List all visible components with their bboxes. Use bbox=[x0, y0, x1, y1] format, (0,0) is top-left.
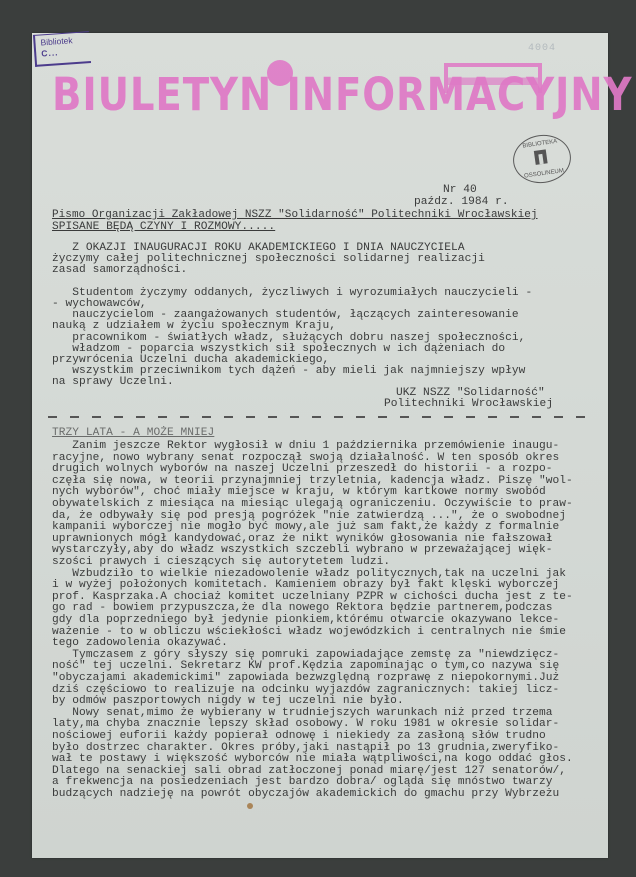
article-line: by odmów paszportowych nigdy w tej uczel… bbox=[52, 696, 404, 707]
article-line: gdy dla poprzedniego był jedynie pionkie… bbox=[52, 615, 559, 626]
greeting-line: zasad samorządności. bbox=[52, 265, 187, 276]
greeting-line: życzymy całej politechnicznej społecznoś… bbox=[52, 254, 485, 265]
section-divider bbox=[48, 416, 593, 418]
article-heading: TRZY LATA - A MOŻE MNIEJ bbox=[52, 428, 214, 439]
publisher-line: Pismo Organizacji Zakładowej NSZZ "Solid… bbox=[52, 210, 538, 221]
article-line: ność" tej uczelni. Sekretarz KW prof.Kęd… bbox=[52, 661, 559, 672]
article-line: obywatelskich z miesiąca na miesiąc uleg… bbox=[52, 499, 573, 510]
greeting-line: pracownikom - światłych władz, służących… bbox=[52, 333, 525, 344]
bulletin-title: BIULETYN INFORMACYJNY bbox=[52, 68, 499, 121]
article-line: uprawnionych mógł kandydować,oraz że nik… bbox=[52, 534, 553, 545]
article-line: nościowej euforii każdy popierał odnowę … bbox=[52, 731, 546, 742]
article-line: szości prawych i cieszących się autoryte… bbox=[52, 557, 390, 568]
greeting-line: władzom - poparcia wszystkich sił społec… bbox=[52, 344, 505, 355]
greeting-line: nauką z udziałem w życiu społecznym Kraj… bbox=[52, 321, 336, 332]
greeting-line: przywrócenia Uczelni ducha akademickiego… bbox=[52, 355, 329, 366]
greeting-line: Studentom życzymy oddanych, życzliwych i… bbox=[52, 288, 532, 299]
article-line: wał te postawy i większość wyborców nie … bbox=[52, 754, 573, 765]
article-line: da, że odbywały się pod presją pogróżek … bbox=[52, 511, 566, 522]
article-line: kampanii wyborczej nie mogło być mowy,al… bbox=[52, 522, 559, 533]
article-line: dziś częściowo to realizuje na odcinku w… bbox=[52, 685, 559, 696]
greeting-line: wszystkim przeciwnikom tych dążeń - aby … bbox=[52, 366, 525, 377]
subheading: SPISANE BĘDĄ CZYNY I ROZMOWY..... bbox=[52, 222, 275, 233]
issue-number: Nr 40 bbox=[443, 185, 477, 196]
article-line: prof. Kasprzaka.A chociaż komitet uczeln… bbox=[52, 592, 573, 603]
article-line: racyjne, nowo wybrany senat rozpoczął sw… bbox=[52, 453, 559, 464]
article-line: wystarczyły,aby do władz wszystkich szcz… bbox=[52, 545, 553, 556]
library-stamp: Bibliotek C... bbox=[33, 31, 91, 67]
article-line: "obyczajami akademickimi" zapowiada bezw… bbox=[52, 673, 559, 684]
article-line: Dlatego na senackiej sali obrad zatłoczo… bbox=[52, 766, 566, 777]
article-line: Wzbudziło to wielkie niezadowolenie wład… bbox=[52, 569, 566, 580]
article-line: częła się nowa, w teorii przynajmniej tr… bbox=[52, 476, 573, 487]
article-line: laty,ma chyba znacznie lepszy skład osob… bbox=[52, 719, 559, 730]
signature-line-1: UKZ NSZZ "Solidarność" bbox=[396, 388, 545, 399]
greeting-line: - wychowawców, bbox=[52, 299, 147, 310]
article-line: a frekwencja na posiedzeniach jest bardz… bbox=[52, 777, 553, 788]
issue-date: paźdz. 1984 r. bbox=[414, 197, 509, 208]
greeting-line: na sprawy Uczelni. bbox=[52, 377, 174, 388]
paper-stain bbox=[247, 803, 253, 809]
article-line: i w wyżej położonych komitetach. Kamieni… bbox=[52, 580, 559, 591]
article-line: było dostrzec charakter. Okres próby,jak… bbox=[52, 743, 559, 754]
article-line: nych wyborów", choć miały miejsce w kraj… bbox=[52, 487, 546, 498]
greeting-line: Z OKAZJI INAUGURACJI ROKU AKADEMICKIEGO … bbox=[52, 243, 465, 254]
article-line: Zanim jeszcze Rektor wygłosił w dniu 1 p… bbox=[52, 441, 559, 452]
article-line: tego zadowolenia okazywać. bbox=[52, 638, 228, 649]
article-line: go rad - bowiem przypuszcza,że dla noweg… bbox=[52, 603, 553, 614]
article-line: drugich wolnych wyborów na naszej Uczeln… bbox=[52, 464, 553, 475]
signature-line-2: Politechniki Wrocławskiej bbox=[384, 399, 553, 410]
library-stamp-line2: C... bbox=[41, 45, 91, 59]
archive-number: 4004 bbox=[528, 43, 556, 54]
article-line: Nowy senat,mimo że wybierany w trudniejs… bbox=[52, 708, 553, 719]
article-line: Tymczasem z góry słyszy się pomruki zapo… bbox=[52, 650, 559, 661]
greeting-line: nauczycielom - zaangażowanych studentów,… bbox=[52, 310, 519, 321]
article-line: ważenie - to w obliczu wściekłości władz… bbox=[52, 627, 566, 638]
ossolineum-emblem-icon bbox=[534, 149, 548, 165]
article-line: budzących nadzieję na powrót obyczajów a… bbox=[52, 789, 559, 800]
